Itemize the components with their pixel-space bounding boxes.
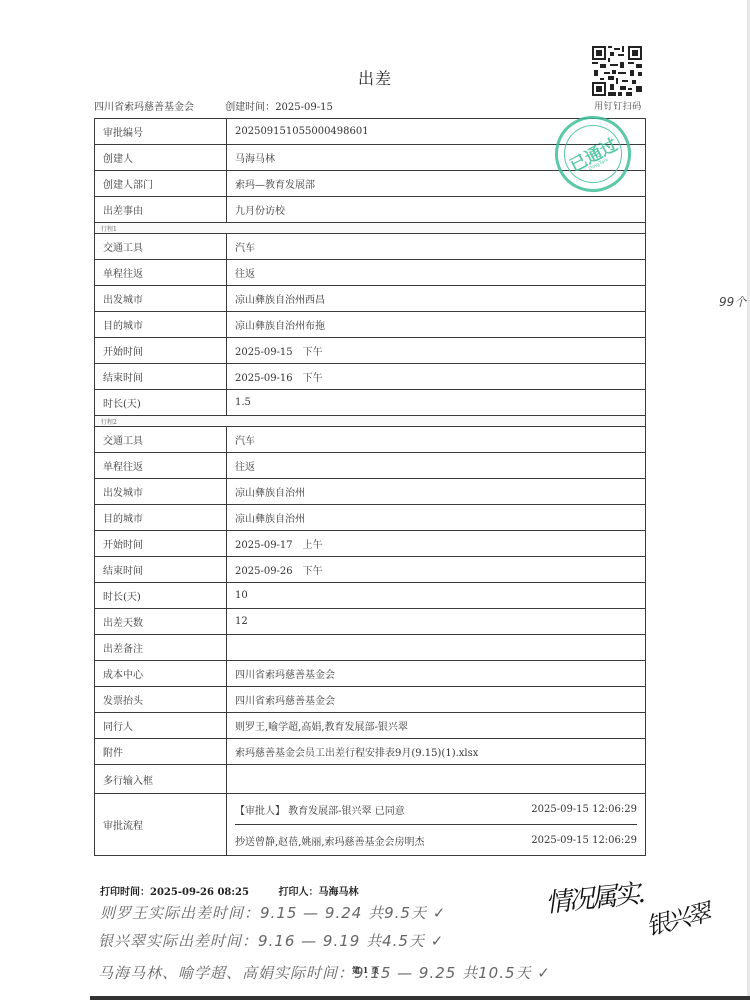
field-label: 结束时间 — [95, 557, 227, 583]
field-label: 同行人 — [95, 713, 227, 739]
field-value: 2025-09-15 下午 — [227, 338, 646, 364]
field-label: 交通工具 — [95, 427, 227, 453]
handwritten-note-3: 马海马林、喻学超、高娟实际时间：9.15 — 9.25 共10.5天 ✓ — [98, 962, 551, 983]
field-label: 目的城市 — [95, 505, 227, 531]
field-value: 10 — [227, 583, 646, 609]
approval-step-text: 【审批人】 教育发展部-银兴翠 已同意 — [235, 794, 493, 825]
field-label: 出发城市 — [95, 479, 227, 505]
field-value: 九月份访校 — [227, 197, 646, 223]
field-value: 1.5 — [227, 390, 646, 416]
table-row: 同行人则罗王,喻学超,高娟,教育发展部-银兴翠 — [95, 713, 646, 739]
created-label: 创建时间： — [225, 102, 275, 113]
field-label: 开始时间 — [95, 531, 227, 557]
approval-form-table: 审批编号202509151055000498601 创建人马海马林 创建人部门索… — [94, 118, 646, 856]
table-row: 结束时间2025-09-16 下午 — [95, 364, 646, 390]
created-date: 2025-09-15 — [275, 102, 333, 113]
field-value: 12 — [227, 609, 646, 635]
table-row: 成本中心四川省索玛慈善基金会 — [95, 661, 646, 687]
field-label: 发票抬头 — [95, 687, 227, 713]
approval-step-text: 抄送曾静,赵蓓,姚丽,索玛慈善基金会房明杰 — [235, 825, 493, 856]
field-value: 往返 — [227, 260, 646, 286]
field-value — [227, 765, 646, 794]
field-value: 凉山彝族自治州 — [227, 505, 646, 531]
field-label: 出发城市 — [95, 286, 227, 312]
section-header-trip2: 行程2 — [95, 416, 646, 427]
margin-handwritten-note: 99个 — [719, 293, 746, 310]
print-info: 打印时间：2025-09-26 08:25 打印人：马海马林 — [100, 883, 384, 898]
field-label: 目的城市 — [95, 312, 227, 338]
field-label: 多行输入框 — [95, 765, 227, 794]
field-label: 出差备注 — [95, 635, 227, 661]
document-meta: 四川省索玛慈善基金会 创建时间：2025-09-15 — [94, 98, 361, 113]
table-row: 开始时间2025-09-15 下午 — [95, 338, 646, 364]
field-label: 结束时间 — [95, 364, 227, 390]
approval-flow-cell: 【审批人】 教育发展部-银兴翠 已同意 2025-09-15 12:06:29 … — [227, 794, 646, 856]
field-value: 四川省索玛慈善基金会 — [227, 661, 646, 687]
table-row: 结束时间2025-09-26 下午 — [95, 557, 646, 583]
handwritten-note-2: 银兴翠实际出差时间：9.16 — 9.19 共4.5天 ✓ — [98, 930, 444, 951]
table-row: 附件索玛慈善基金会员工出差行程安排表9月(9.15)(1).xlsx — [95, 739, 646, 765]
scan-edge — [90, 996, 750, 1000]
field-label: 创建人 — [95, 145, 227, 171]
field-label: 出差事由 — [95, 197, 227, 223]
qr-scan-label: 用钉钉扫码 — [592, 99, 644, 112]
field-label: 交通工具 — [95, 234, 227, 260]
qr-code-icon — [592, 46, 642, 96]
field-value: 四川省索玛慈善基金会 — [227, 687, 646, 713]
approval-steps: 【审批人】 教育发展部-银兴翠 已同意 2025-09-15 12:06:29 … — [235, 794, 637, 855]
table-row: 出发城市凉山彝族自治州 — [95, 479, 646, 505]
table-row: 多行输入框 — [95, 765, 646, 794]
field-value: 凉山彝族自治州西昌 — [227, 286, 646, 312]
table-row: 交通工具汽车 — [95, 427, 646, 453]
field-label: 开始时间 — [95, 338, 227, 364]
table-row: 出差事由九月份访校 — [95, 197, 646, 223]
created-time: 创建时间：2025-09-15 — [225, 102, 333, 113]
approval-step: 抄送曾静,赵蓓,姚丽,索玛慈善基金会房明杰 2025-09-15 12:06:2… — [235, 825, 637, 856]
table-row: 出发城市凉山彝族自治州西昌 — [95, 286, 646, 312]
field-value: 汽车 — [227, 427, 646, 453]
field-label: 时长(天) — [95, 390, 227, 416]
field-value: 凉山彝族自治州布拖 — [227, 312, 646, 338]
field-value: 2025-09-16 下午 — [227, 364, 646, 390]
table-row: 发票抬头四川省索玛慈善基金会 — [95, 687, 646, 713]
section-label: 行程2 — [95, 416, 646, 427]
table-row: 出差备注 — [95, 635, 646, 661]
field-label: 单程往返 — [95, 453, 227, 479]
approval-step-time: 2025-09-15 12:06:29 — [493, 825, 637, 856]
field-value: 2025-09-26 下午 — [227, 557, 646, 583]
handwritten-signature-statement: 情况属实. — [543, 873, 644, 920]
approval-step: 【审批人】 教育发展部-银兴翠 已同意 2025-09-15 12:06:29 — [235, 794, 637, 825]
field-label: 单程往返 — [95, 260, 227, 286]
field-label: 审批流程 — [95, 794, 227, 856]
attachment-link[interactable]: 索玛慈善基金会员工出差行程安排表9月(9.15)(1).xlsx — [227, 739, 646, 765]
field-label: 附件 — [95, 739, 227, 765]
field-label: 创建人部门 — [95, 171, 227, 197]
field-label: 成本中心 — [95, 661, 227, 687]
field-value: 往返 — [227, 453, 646, 479]
table-row: 时长(天)1.5 — [95, 390, 646, 416]
field-value: 凉山彝族自治州 — [227, 479, 646, 505]
table-row: 时长(天)10 — [95, 583, 646, 609]
table-row: 目的城市凉山彝族自治州 — [95, 505, 646, 531]
printer-name: 打印人：马海马林 — [278, 887, 358, 898]
field-value: 2025-09-17 上午 — [227, 531, 646, 557]
print-time: 打印时间：2025-09-26 08:25 — [100, 887, 249, 898]
field-value — [227, 635, 646, 661]
approval-flow-row: 审批流程 【审批人】 教育发展部-银兴翠 已同意 2025-09-15 12:0… — [95, 794, 646, 856]
table-row: 出差天数12 — [95, 609, 646, 635]
field-label: 审批编号 — [95, 119, 227, 145]
page-number: 第 1 页 — [352, 965, 379, 976]
handwritten-note-1: 则罗王实际出差时间：9.15 — 9.24 共9.5天 ✓ — [100, 902, 446, 923]
table-row: 单程往返往返 — [95, 260, 646, 286]
section-label: 行程1 — [95, 223, 646, 234]
table-row: 开始时间2025-09-17 上午 — [95, 531, 646, 557]
field-value: 汽车 — [227, 234, 646, 260]
field-label: 出差天数 — [95, 609, 227, 635]
section-header-trip1: 行程1 — [95, 223, 646, 234]
handwritten-signature-name: 银兴翠 — [642, 893, 712, 942]
approval-step-time: 2025-09-15 12:06:29 — [493, 794, 637, 825]
field-label: 时长(天) — [95, 583, 227, 609]
table-row: 单程往返往返 — [95, 453, 646, 479]
organization-name: 四川省索玛慈善基金会 — [94, 102, 194, 113]
table-row: 目的城市凉山彝族自治州布拖 — [95, 312, 646, 338]
field-value: 则罗王,喻学超,高娟,教育发展部-银兴翠 — [227, 713, 646, 739]
table-row: 交通工具汽车 — [95, 234, 646, 260]
